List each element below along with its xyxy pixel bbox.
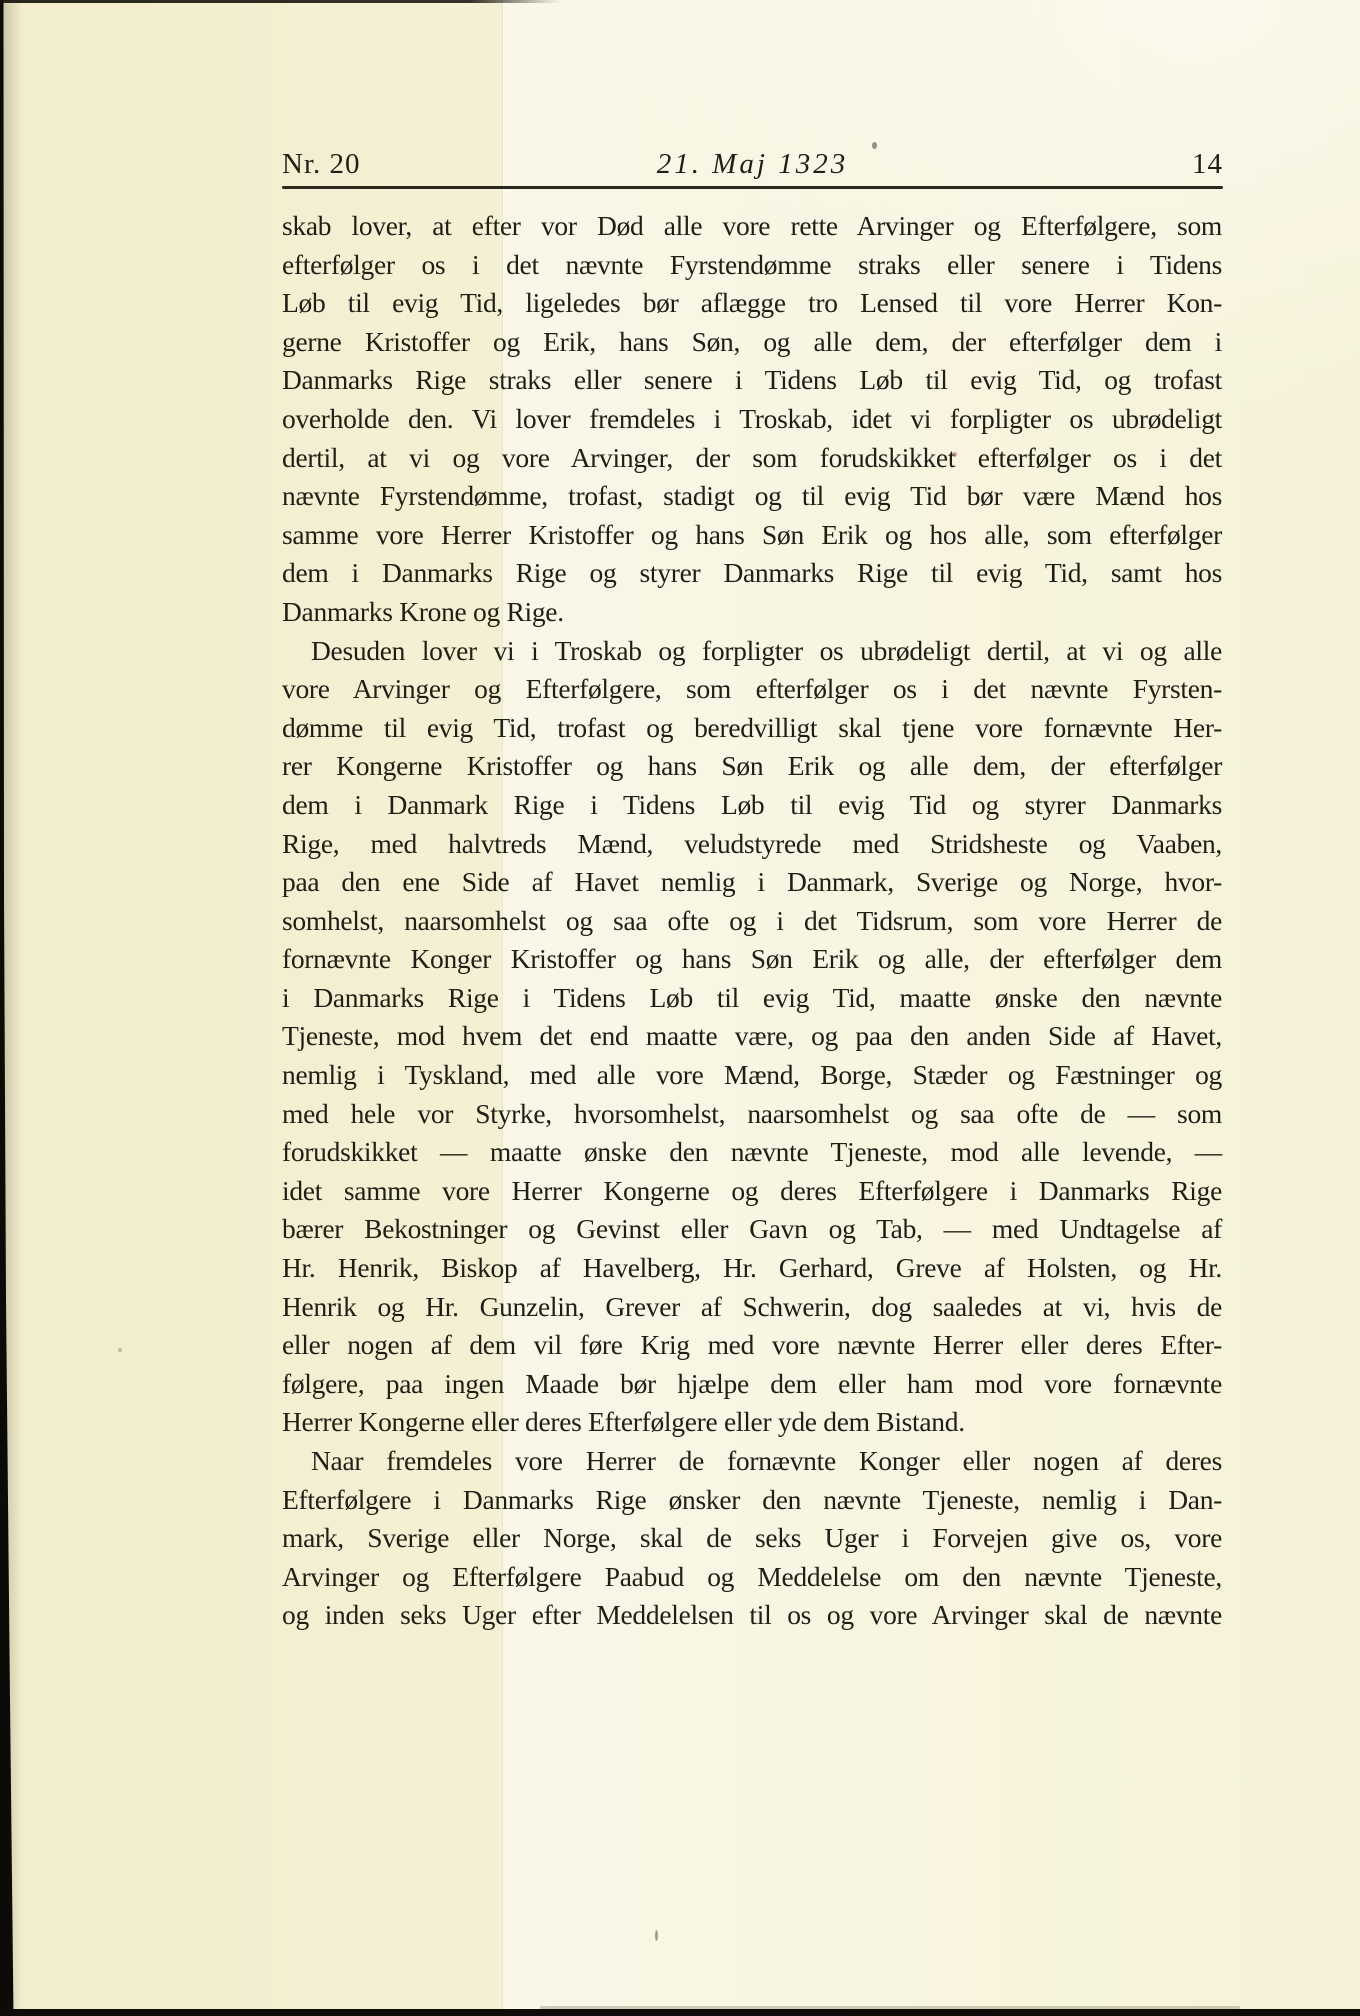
text-line: efterfølger os i det nævnte Fyrstendømme… <box>282 246 1222 285</box>
page-number: 14 <box>1192 144 1223 184</box>
text-line: overholde den. Vi lover fremdeles i Tros… <box>282 400 1222 439</box>
text-line: dertil, at vi og vore Arvinger, der som … <box>282 439 1222 478</box>
text-line: Arvinger og Efterfølgere Paabud og Medde… <box>282 1558 1222 1597</box>
scan-edge-left <box>0 0 20 2016</box>
text-line: paa den ene Side af Havet nemlig i Danma… <box>282 863 1222 902</box>
text-line: i Danmarks Rige i Tidens Løb til evig Ti… <box>282 979 1222 1018</box>
text-line: mark, Sverige eller Norge, skal de seks … <box>282 1519 1222 1558</box>
text-line: Henrik og Hr. Gunzelin, Grever af Schwer… <box>282 1288 1222 1327</box>
paper-speck <box>118 1348 122 1352</box>
text-line: følgere, paa ingen Maade bør hjælpe dem … <box>282 1365 1222 1404</box>
text-line: Danmarks Rige straks eller senere i Tide… <box>282 361 1222 400</box>
text-line: vore Arvinger og Efterfølgere, som efter… <box>282 670 1222 709</box>
paper-speck <box>872 142 877 149</box>
text-line: Naar fremdeles vore Herrer de fornævnte … <box>282 1442 1222 1481</box>
text-line: nemlig i Tyskland, med alle vore Mænd, B… <box>282 1056 1222 1095</box>
page-header: Nr. 20 21. Maj 1323 14 <box>282 144 1223 184</box>
text-line: samme vore Herrer Kristoffer og hans Søn… <box>282 516 1222 555</box>
text-line: Hr. Henrik, Biskop af Havelberg, Hr. Ger… <box>282 1249 1222 1288</box>
document-number: Nr. 20 <box>282 144 361 184</box>
document-body: skab lover, at efter vor Død alle vore r… <box>282 207 1222 1635</box>
text-line: dem i Danmarks Rige og styrer Danmarks R… <box>282 554 1222 593</box>
text-line: bærer Bekostninger og Gevinst eller Gavn… <box>282 1210 1222 1249</box>
text-line: eller nogen af dem vil føre Krig med vor… <box>282 1326 1222 1365</box>
paper-speck <box>952 452 957 457</box>
scanned-page: Nr. 20 21. Maj 1323 14 skab lover, at ef… <box>0 0 1360 2016</box>
text-line: dømme til evig Tid, trofast og beredvill… <box>282 709 1222 748</box>
text-line: skab lover, at efter vor Død alle vore r… <box>282 207 1222 246</box>
text-line: Danmarks Krone og Rige. <box>282 593 1222 632</box>
text-line: somhelst, naarsomhelst og saa ofte og i … <box>282 902 1222 941</box>
text-line: og inden seks Uger efter Meddelelsen til… <box>282 1596 1222 1635</box>
header-rule <box>282 186 1223 189</box>
text-line: gerne Kristoffer og Erik, hans Søn, og a… <box>282 323 1222 362</box>
text-line: Desuden lover vi i Troskab og forpligter… <box>282 632 1222 671</box>
text-line: dem i Danmark Rige i Tidens Løb til evig… <box>282 786 1222 825</box>
text-line: forudskikket — maatte ønske den nævnte T… <box>282 1133 1222 1172</box>
text-line: idet samme vore Herrer Kongerne og deres… <box>282 1172 1222 1211</box>
scan-edge-bottom <box>0 2009 1360 2016</box>
document-date: 21. Maj 1323 <box>657 144 848 184</box>
text-line: Løb til evig Tid, ligeledes bør aflægge … <box>282 284 1222 323</box>
text-line: fornævnte Konger Kristoffer og hans Søn … <box>282 940 1222 979</box>
text-line: nævnte Fyrstendømme, trofast, stadigt og… <box>282 477 1222 516</box>
text-line: Rige, med halvtreds Mænd, veludstyrede m… <box>282 825 1222 864</box>
text-line: Herrer Kongerne eller deres Efterfølgere… <box>282 1403 1222 1442</box>
paper-speck <box>655 1930 658 1941</box>
text-line: med hele vor Styrke, hvorsomhelst, naars… <box>282 1095 1222 1134</box>
text-line: Efterfølgere i Danmarks Rige ønsker den … <box>282 1481 1222 1520</box>
text-line: Tjeneste, mod hvem det end maatte være, … <box>282 1017 1222 1056</box>
scan-edge-top <box>0 0 560 3</box>
text-line: rer Kongerne Kristoffer og hans Søn Erik… <box>282 747 1222 786</box>
